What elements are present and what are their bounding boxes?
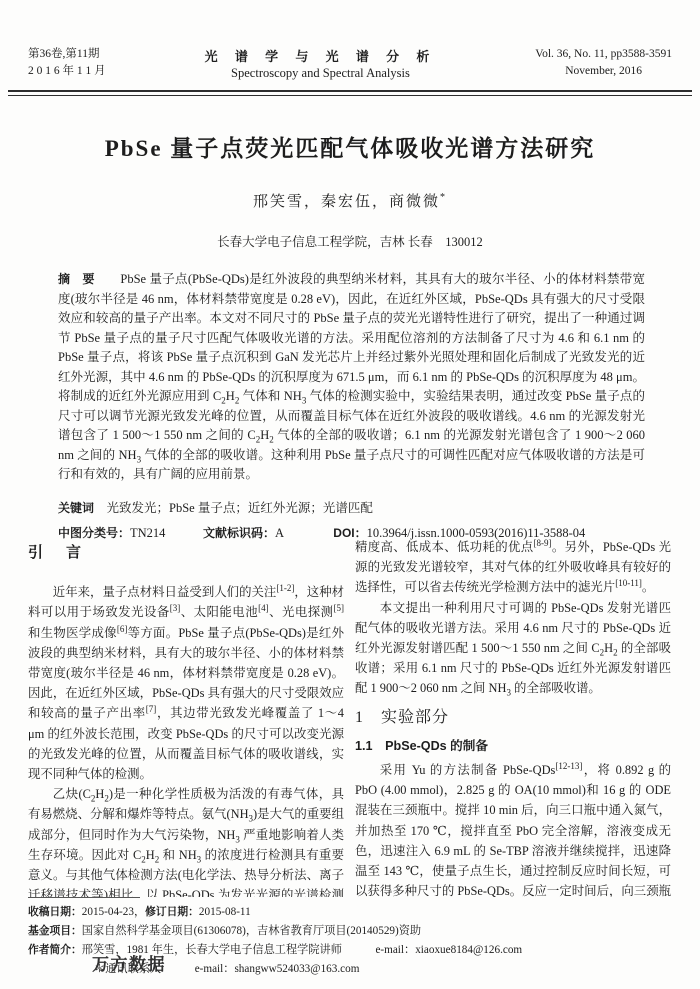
footnote-funding: 基金项目：国家自然科学基金项目(61306078)，吉林省教育厅项目(20140… [28,922,672,941]
issue-volume-cn: 第36卷,第11期 [28,46,106,63]
header-divider [8,90,692,96]
issue-date-en: November, 2016 [535,63,672,80]
abstract-paragraph: 摘 要 PbSe 量子点(PbSe-QDs)是红外波段的典型纳米材料，其具有大的… [58,270,645,485]
authors-line: 邢笑雪，秦宏伍，商微微* [0,190,700,211]
journal-issue-cn: 第36卷,第11期 2 0 1 6 年 1 1 月 [28,46,106,80]
introduction-heading: 引 言 [28,543,344,563]
paper-title: PbSe 量子点荧光匹配气体吸收光谱方法研究 [40,130,660,163]
issue-date-cn: 2 0 1 6 年 1 1 月 [28,63,106,80]
section-1-heading: 1 实验部分 [355,708,671,728]
section-1-1-heading: 1.1 PbSe-QDs 的制备 [355,736,671,756]
footnote-received-date: 收稿日期：2015-04-23，修订日期：2015-08-11 [28,903,672,922]
proposal-paragraph: 本文提出一种利用尺寸可调的 PbSe-QDs 发射光谱匹配气体的吸收光谱方法。采… [355,598,671,699]
section-1-1-paragraph: 采用 Yu 的方法制备 PbSe-QDs[12-13]，将 0.892 g 的 … [355,760,671,898]
left-column: 引 言 近年来，量子点材料日益受到人们的关注[1-2]，这种材料可以用于场致发光… [28,537,344,898]
journal-name-cn: 光 谱 学 与 光 谱 分 析 [205,46,437,65]
journal-header: 第36卷,第11期 2 0 1 6 年 1 1 月 光 谱 学 与 光 谱 分 … [0,0,700,81]
journal-name: 光 谱 学 与 光 谱 分 析 Spectroscopy and Spectra… [205,46,437,81]
wanfang-data-watermark: 万方数据 [92,950,166,975]
footnote-divider [28,897,140,898]
continuation-paragraph: 精度高、低成本、低功耗的优点[8-9]。另外，PbSe-QDs 光源的光致发光谱… [355,537,671,598]
issue-volume-en: Vol. 36, No. 11, pp3588-3591 [535,46,672,63]
introduction-paragraph-2: 乙炔(C2H2)是一种化学性质极为活泼的有毒气体，具有易燃烧、分解和爆炸等特点。… [28,784,344,898]
body-columns: 引 言 近年来，量子点材料日益受到人们的关注[1-2]，这种材料可以用于场致发光… [28,537,672,898]
journal-name-en: Spectroscopy and Spectral Analysis [205,66,437,81]
paper-page: 第36卷,第11期 2 0 1 6 年 1 1 月 光 谱 学 与 光 谱 分 … [0,0,700,989]
introduction-paragraph-1: 近年来，量子点材料日益受到人们的关注[1-2]，这种材料可以用于场致发光设备[3… [28,582,344,784]
affiliation: 长春大学电子信息工程学院，吉林 长春 130012 [0,232,700,250]
footnote-block: 收稿日期：2015-04-23，修订日期：2015-08-11 基金项目：国家自… [28,897,672,989]
journal-issue-en: Vol. 36, No. 11, pp3588-3591 November, 2… [535,46,672,80]
keywords-line: 关键词 光致发光；PbSe 量子点；近红外光源；光谱匹配 [58,498,645,516]
right-column: 精度高、低成本、低功耗的优点[8-9]。另外，PbSe-QDs 光源的光致发光谱… [355,537,671,898]
